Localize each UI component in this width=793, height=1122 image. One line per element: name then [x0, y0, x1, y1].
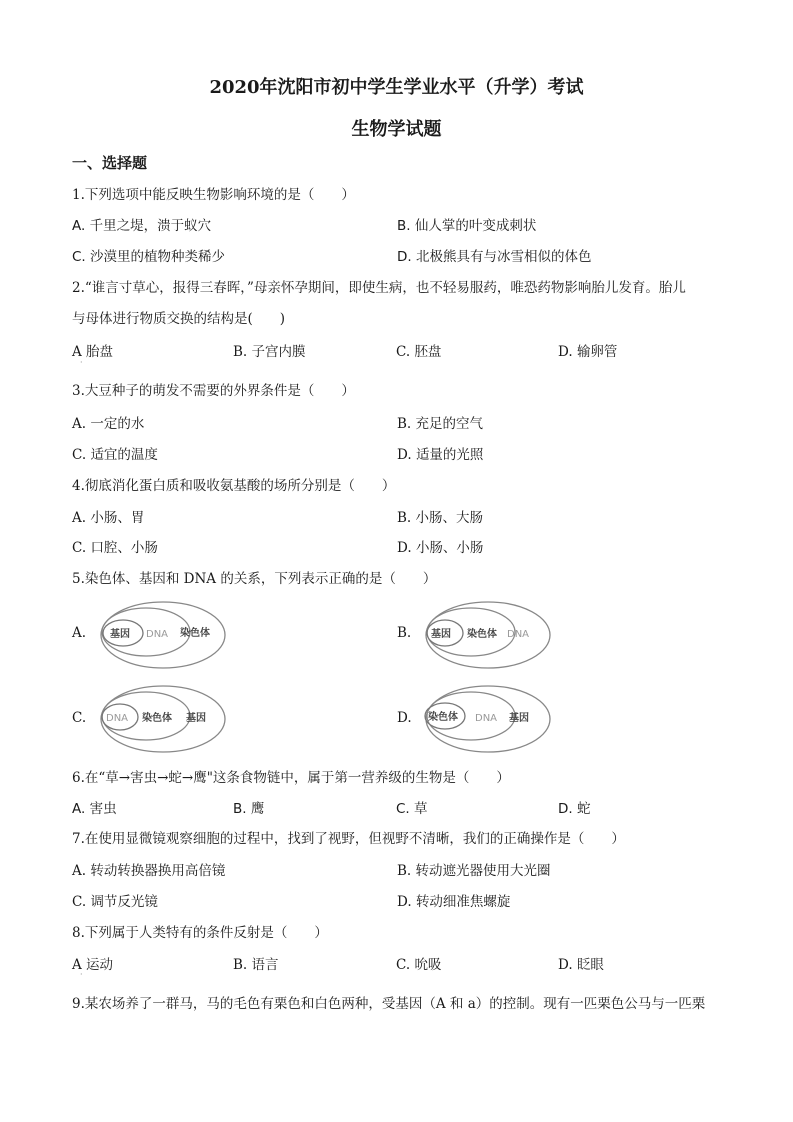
option-text: 口腔、小肠 [90, 540, 158, 556]
option-label: D. [397, 249, 412, 265]
option-text: 输卵管 [577, 344, 618, 360]
option-text: 仙人掌的叶变成刺状 [415, 218, 537, 234]
option-text: 小肠、小肠 [416, 540, 484, 556]
question-stem: 8.下列属于人类特有的条件反射是（ ） [72, 921, 328, 941]
option-b[interactable]: B. 语言 [233, 953, 279, 973]
question-stem-line1: 2.“谁言寸草心，报得三春晖，”母亲怀孕期间，即使生病，也不轻易服药，唯恐药物影… [72, 276, 686, 296]
question-stem: 9.某农场养了一群马，马的毛色有栗色和白色两种，受基因（A 和 a）的控制。现有… [72, 992, 705, 1012]
middle-label: DNA [146, 629, 168, 640]
document-subtitle: 生物学试题 [0, 115, 793, 141]
option-c-venn-diagram[interactable]: DNA 染色体 基因 [98, 684, 228, 758]
question-stem: 3.大豆种子的萌发不需要的外界条件是（ ） [72, 379, 355, 399]
option-label: A. [72, 416, 86, 432]
option-b[interactable]: B. 仙人掌的叶变成刺状 [397, 214, 536, 234]
outer-label: 基因 [186, 711, 206, 724]
option-text: 草 [414, 801, 428, 817]
question-stem: 4.彻底消化蛋白质和吸收氨基酸的场所分别是（ ） [72, 474, 395, 494]
option-text: 一定的水 [90, 416, 144, 432]
option-d[interactable]: D. 眨眼 [558, 953, 604, 973]
option-label: D. [558, 344, 573, 360]
option-label: B. [233, 957, 247, 973]
option-c[interactable]: C. 适宜的温度 [72, 443, 158, 463]
section-heading: 一、选择题 [72, 152, 147, 173]
option-text: 运动 [86, 957, 113, 973]
option-label: B. [397, 510, 411, 526]
option-label: C. [72, 249, 86, 265]
option-c[interactable]: C. 调节反光镜 [72, 890, 158, 910]
option-text: 害虫 [90, 801, 117, 817]
option-label: D. [397, 447, 412, 463]
option-a[interactable]: A 运动 [72, 953, 113, 973]
option-label: B. [397, 416, 411, 432]
option-label: C. [396, 801, 410, 817]
option-d[interactable]: D. 蛇 [558, 797, 590, 817]
option-a-label[interactable]: A. [72, 625, 86, 641]
option-label: B. [233, 801, 247, 817]
option-a[interactable]: A. 千里之堤，溃于蚁穴 [72, 214, 211, 234]
option-text: 眨眼 [577, 957, 604, 973]
inner-label: 染色体 [428, 710, 458, 723]
option-b[interactable]: B. 鹰 [233, 797, 264, 817]
option-label: D. [397, 894, 412, 910]
option-d[interactable]: D. 北极熊具有与冰雪相似的体色 [397, 245, 591, 265]
inner-label: DNA [106, 713, 128, 724]
option-label: A. [72, 218, 85, 234]
option-c[interactable]: C. 沙漠里的植物种类稀少 [72, 245, 225, 265]
option-text: 沙漠里的植物种类稀少 [90, 249, 225, 265]
inner-label: 基因 [431, 627, 451, 640]
inner-label: 基因 [110, 627, 130, 640]
option-b[interactable]: B. 子宫内膜 [233, 340, 306, 360]
question-stem: 5.染色体、基因和 DNA 的关系，下列表示正确的是（ ） [72, 567, 436, 587]
option-a[interactable]: A. 小肠、胃 [72, 506, 144, 526]
question-stem: 7.在使用显微镜观察细胞的过程中，找到了视野，但视野不清晰，我们的正确操作是（ … [72, 827, 625, 847]
middle-label: 染色体 [142, 711, 172, 724]
middle-label: 染色体 [467, 627, 497, 640]
option-c[interactable]: C. 草 [396, 797, 428, 817]
question-stem: 6.在“草→害虫→蛇→鹰"这条食物链中，属于第一营养级的生物是（ ） [72, 766, 510, 786]
option-label: B. [397, 863, 411, 879]
option-c-label[interactable]: C. [72, 710, 86, 726]
option-label: C. [396, 344, 410, 360]
option-text: 小肠、胃 [90, 510, 144, 526]
option-b-venn-diagram[interactable]: 基因 染色体 DNA [423, 600, 553, 674]
option-a[interactable]: A. 转动转换器换用高倍镜 [72, 859, 225, 879]
option-label: A. [72, 510, 86, 526]
option-label: C. [72, 447, 86, 463]
option-a[interactable]: A 胎盘 [72, 340, 113, 360]
option-d-venn-diagram[interactable]: 染色体 DNA 基因 [423, 684, 553, 758]
outer-label: 染色体 [180, 626, 210, 639]
option-a[interactable]: A. 一定的水 [72, 412, 144, 432]
option-text: 鹰 [251, 801, 265, 817]
dot-mark: · [80, 358, 83, 367]
option-label: D. [397, 540, 412, 556]
option-c[interactable]: C. 吮吸 [396, 953, 441, 973]
option-d[interactable]: D. 转动细准焦螺旋 [397, 890, 510, 910]
option-text: 胚盘 [414, 344, 441, 360]
option-d-label[interactable]: D. [397, 710, 412, 726]
option-text: 转动遮光器使用大光圈 [416, 863, 551, 879]
option-text: 适量的光照 [416, 447, 484, 463]
option-a[interactable]: A. 害虫 [72, 797, 117, 817]
option-label: C. [72, 894, 86, 910]
option-label: A. [72, 801, 85, 817]
option-text: 蛇 [577, 801, 591, 817]
option-b[interactable]: B. 充足的空气 [397, 412, 483, 432]
option-text: 子宫内膜 [252, 344, 306, 360]
option-text: 适宜的温度 [90, 447, 158, 463]
option-text: 充足的空气 [416, 416, 484, 432]
option-label: A. [72, 863, 86, 879]
document-title: 2020年沈阳市初中学生学业水平（升学）考试 [0, 73, 793, 99]
option-text: 千里之堤，溃于蚁穴 [90, 218, 212, 234]
option-label: B. [233, 344, 247, 360]
question-stem: 1.下列选项中能反映生物影响环境的是（ ） [72, 183, 355, 203]
option-c[interactable]: C. 胚盘 [396, 340, 441, 360]
option-d[interactable]: D. 适量的光照 [397, 443, 483, 463]
option-text: 转动细准焦螺旋 [416, 894, 511, 910]
option-a-venn-diagram[interactable]: 基因 DNA 染色体 [98, 600, 228, 674]
question-stem-line2: 与母体进行物质交换的结构是( ) [72, 307, 285, 327]
option-c[interactable]: C. 口腔、小肠 [72, 536, 158, 556]
dot-mark: · [80, 970, 83, 979]
option-text: 调节反光镜 [90, 894, 158, 910]
option-b-label[interactable]: B. [397, 625, 411, 641]
option-label: D. [558, 957, 573, 973]
option-b[interactable]: B. 转动遮光器使用大光圈 [397, 859, 551, 879]
option-text: 转动转换器换用高倍镜 [90, 863, 225, 879]
option-label: B. [397, 218, 411, 234]
option-text: 胎盘 [86, 344, 113, 360]
outer-label: DNA [507, 629, 529, 640]
outer-label: 基因 [509, 711, 529, 724]
option-text: 北极熊具有与冰雪相似的体色 [416, 249, 592, 265]
option-d[interactable]: D. 输卵管 [558, 340, 617, 360]
option-text: 小肠、大肠 [416, 510, 484, 526]
option-label: C. [396, 957, 410, 973]
option-label: D. [558, 801, 573, 817]
option-text: 语言 [252, 957, 279, 973]
option-d[interactable]: D. 小肠、小肠 [397, 536, 483, 556]
middle-label: DNA [475, 713, 497, 724]
option-text: 吮吸 [414, 957, 441, 973]
option-b[interactable]: B. 小肠、大肠 [397, 506, 483, 526]
option-label: C. [72, 540, 86, 556]
